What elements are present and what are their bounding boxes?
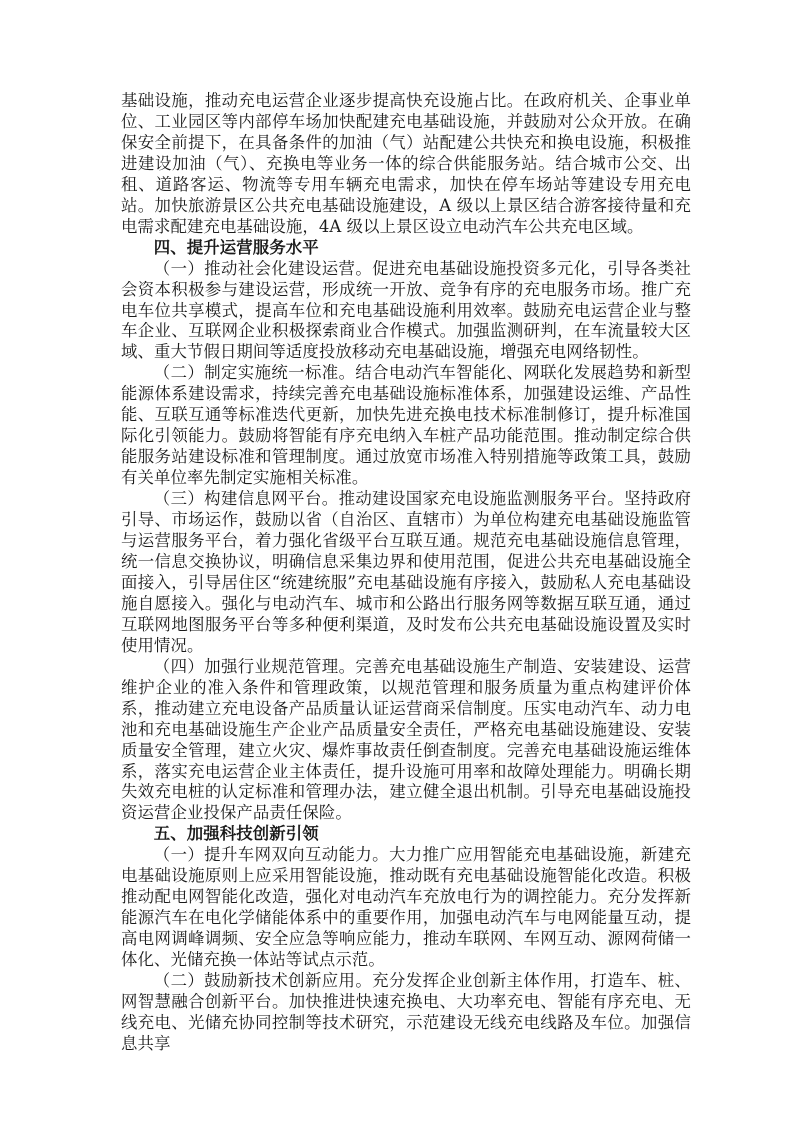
paragraph-infrastructure-continuation: 基础设施，推动充电运营企业逐步提高快充设施占比。在政府机关、企事业单位、工业园区… [121, 91, 691, 238]
paragraph-5-1: （一）提升车网双向互动能力。大力推广应用智能充电基础设施，新建充电基础设施原则上… [121, 845, 691, 971]
paragraph-lead: （一）推动社会化建设运营。 [154, 259, 372, 278]
paragraph-4-2: （二）制定实施统一标准。结合电动汽车智能化、网联化发展趋势和新型能源体系建设需求… [121, 363, 691, 489]
paragraph-body: 完善充电基础设施生产制造、安装建设、运营维护企业的准入条件和管理政策，以规范管理… [121, 657, 691, 823]
paragraph-lead: （四）加强行业规范管理。 [154, 657, 356, 676]
paragraph-lead: （二）制定实施统一标准。 [154, 363, 356, 382]
paragraph-4-4: （四）加强行业规范管理。完善充电基础设施生产制造、安装建设、运营维护企业的准入条… [121, 657, 691, 825]
section-heading-5: 五、加强科技创新引领 [121, 824, 691, 845]
paragraph-body: 推动建设国家充电设施监测服务平台。坚持政府引导、市场运作，鼓励以省（自治区、直辖… [121, 489, 691, 655]
paragraph-4-1: （一）推动社会化建设运营。促进充电基础设施投资多元化，引导各类社会资本积极参与建… [121, 259, 691, 364]
section-heading-4: 四、提升运营服务水平 [121, 238, 691, 259]
paragraph-4-3: （三）构建信息网平台。推动建设国家充电设施监测服务平台。坚持政府引导、市场运作，… [121, 489, 691, 657]
document-page: 基础设施，推动充电运营企业逐步提高快充设施占比。在政府机关、企事业单位、工业园区… [121, 91, 691, 1055]
paragraph-lead: （三）构建信息网平台。 [154, 489, 339, 508]
paragraph-5-2: （二）鼓励新技术创新应用。充分发挥企业创新主体作用，打造车、桩、网智慧融合创新平… [121, 971, 691, 1055]
paragraph-lead: （二）鼓励新技术创新应用。 [154, 971, 372, 990]
paragraph-lead: （一）提升车网双向互动能力。 [154, 845, 389, 864]
